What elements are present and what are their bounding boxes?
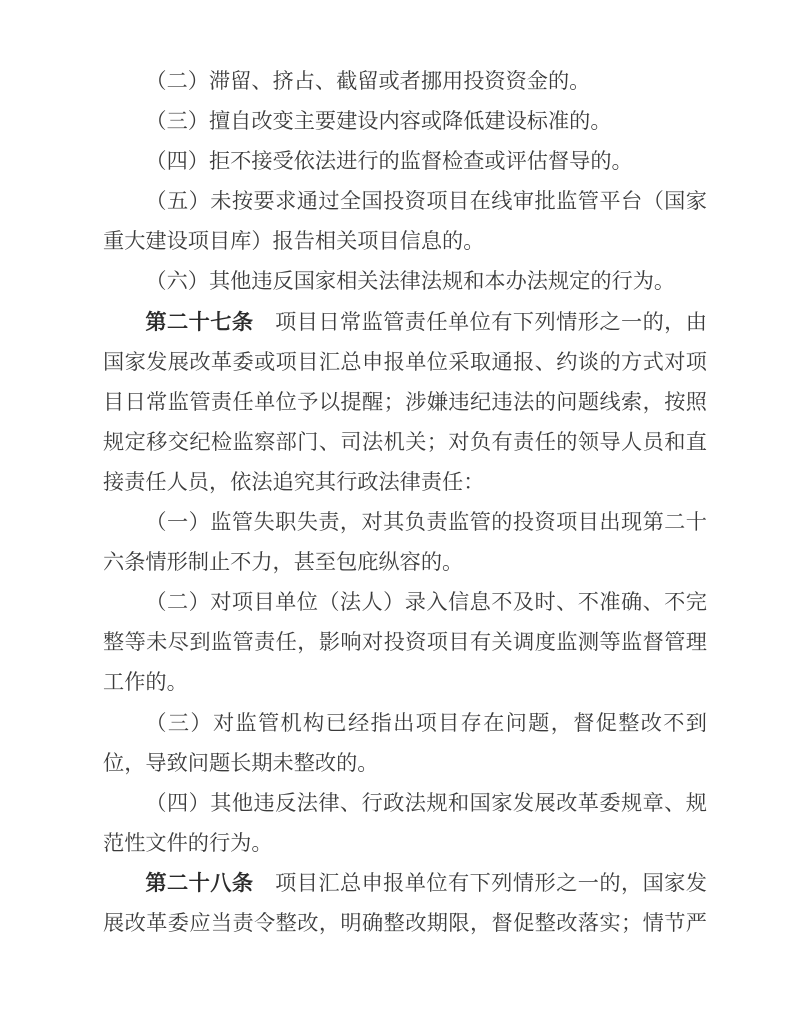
document-page: （二）滞留、挤占、截留或者挪用投资资金的。（三）擅自改变主要建设内容或降低建设标… (0, 0, 799, 1024)
line-text: 工作的。 (103, 670, 188, 694)
document-line: 重大建设项目库）报告相关项目信息的。 (103, 221, 707, 261)
line-text: （五）未按要求通过全国投资项目在线审批监管平台（国家 (145, 189, 707, 213)
line-text: 国家发展改革委或项目汇总申报单位采取通报、约谈的方式对项 (103, 350, 707, 374)
line-text: 位，导致问题长期未整改的。 (103, 751, 378, 775)
document-line: 位，导致问题长期未整改的。 (103, 743, 707, 783)
document-line: 规定移交纪检监察部门、司法机关；对负有责任的领导人员和直 (103, 422, 707, 462)
line-text: （四）拒不接受依法进行的监督检查或评估督导的。 (145, 149, 632, 173)
document-line: （三）对监管机构已经指出项目存在问题，督促整改不到 (103, 703, 707, 743)
document-line: 工作的。 (103, 662, 707, 702)
document-line: （二）滞留、挤占、截留或者挪用投资资金的。 (103, 61, 707, 101)
line-text: （三）擅自改变主要建设内容或降低建设标准的。 (145, 109, 611, 133)
document-line: （二）对项目单位（法人）录入信息不及时、不准确、不完 (103, 582, 707, 622)
line-text: 目日常监管责任单位予以提醒；涉嫌违纪违法的问题线索，按照 (103, 390, 707, 414)
line-text: （一）监管失职失责，对其负责监管的投资项目出现第二十 (145, 510, 707, 534)
document-line: （六）其他违反国家相关法律法规和本办法规定的行为。 (103, 261, 707, 301)
line-text: （四）其他违反法律、行政法规和国家发展改革委规章、规 (145, 791, 707, 815)
document-line: （四）拒不接受依法进行的监督检查或评估督导的。 (103, 141, 707, 181)
line-text: 项目日常监管责任单位有下列情形之一的，由 (253, 310, 707, 334)
article-number: 第二十八条 (145, 871, 253, 895)
document-line: （四）其他违反法律、行政法规和国家发展改革委规章、规 (103, 783, 707, 823)
line-text: （二）滞留、挤占、截留或者挪用投资资金的。 (145, 69, 590, 93)
document-line: 范性文件的行为。 (103, 823, 707, 863)
line-text: 六条情形制止不力，甚至包庇纵容的。 (103, 550, 463, 574)
line-text: 接责任人员，依法追究其行政法律责任： (103, 470, 484, 494)
document-line: 接责任人员，依法追究其行政法律责任： (103, 462, 707, 502)
document-line: 目日常监管责任单位予以提醒；涉嫌违纪违法的问题线索，按照 (103, 382, 707, 422)
line-text: 范性文件的行为。 (103, 831, 273, 855)
document-line: 整等未尽到监管责任，影响对投资项目有关调度监测等监督管理 (103, 622, 707, 662)
line-text: （二）对项目单位（法人）录入信息不及时、不准确、不完 (145, 590, 707, 614)
document-body: （二）滞留、挤占、截留或者挪用投资资金的。（三）擅自改变主要建设内容或降低建设标… (103, 61, 707, 943)
line-text: 整等未尽到监管责任，影响对投资项目有关调度监测等监督管理 (103, 630, 707, 654)
document-line: 展改革委应当责令整改，明确整改期限，督促整改落实；情节严 (103, 903, 707, 943)
document-line: 六条情形制止不力，甚至包庇纵容的。 (103, 542, 707, 582)
line-text: 规定移交纪检监察部门、司法机关；对负有责任的领导人员和直 (103, 430, 707, 454)
document-line: 第二十七条 项目日常监管责任单位有下列情形之一的，由 (103, 302, 707, 342)
line-text: 项目汇总申报单位有下列情形之一的，国家发 (253, 871, 707, 895)
line-text: （六）其他违反国家相关法律法规和本办法规定的行为。 (145, 269, 675, 293)
article-number: 第二十七条 (145, 310, 253, 334)
document-line: 第二十八条 项目汇总申报单位有下列情形之一的，国家发 (103, 863, 707, 903)
document-line: （一）监管失职失责，对其负责监管的投资项目出现第二十 (103, 502, 707, 542)
line-text: 重大建设项目库）报告相关项目信息的。 (103, 229, 484, 253)
line-text: 展改革委应当责令整改，明确整改期限，督促整改落实；情节严 (103, 911, 707, 935)
document-line: （三）擅自改变主要建设内容或降低建设标准的。 (103, 101, 707, 141)
line-text: （三）对监管机构已经指出项目存在问题，督促整改不到 (145, 711, 707, 735)
document-line: （五）未按要求通过全国投资项目在线审批监管平台（国家 (103, 181, 707, 221)
document-line: 国家发展改革委或项目汇总申报单位采取通报、约谈的方式对项 (103, 342, 707, 382)
